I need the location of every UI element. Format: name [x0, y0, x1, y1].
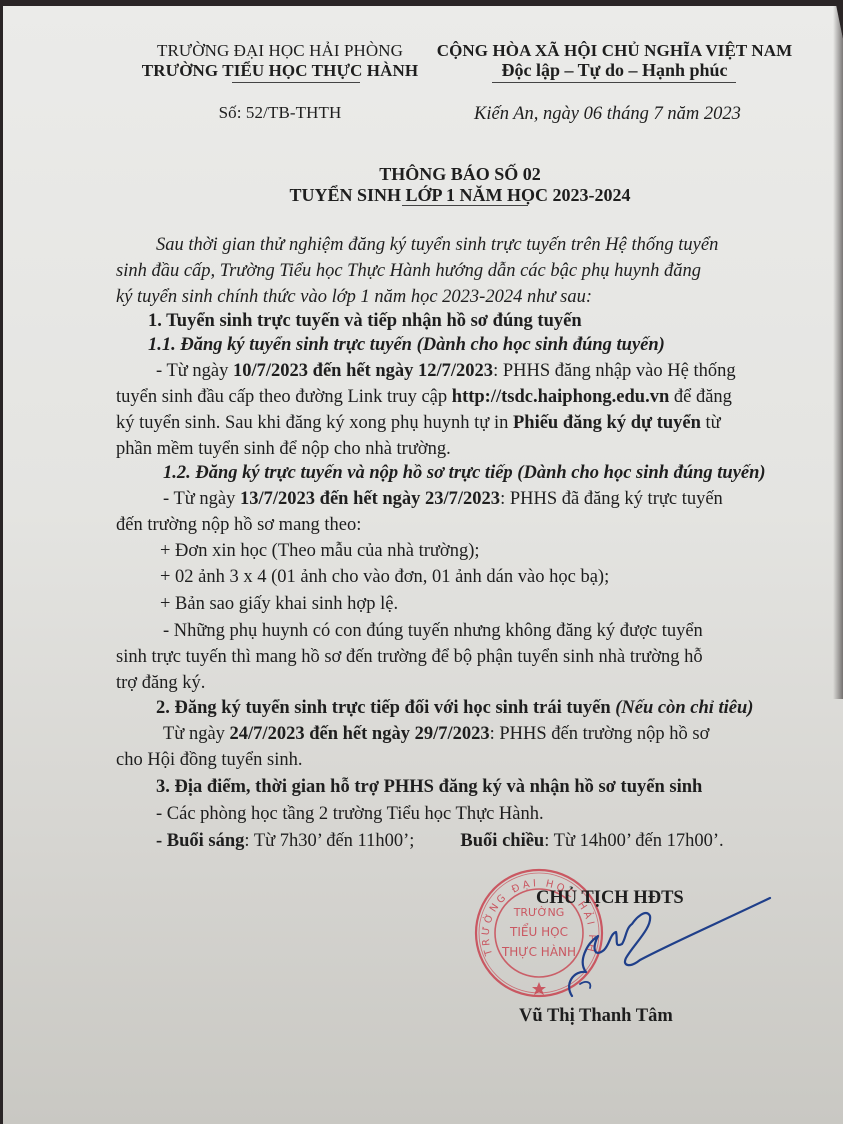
section-3-heading: 3. Địa điểm, thời gian hỗ trợ PHHS đăng … — [156, 777, 702, 798]
note-line-1: - Những phụ huynh có con đúng tuyến nhưn… — [163, 621, 703, 642]
section-1-1-line-1: - Từ ngày 10/7/2023 đến hết ngày 12/7/20… — [156, 361, 736, 382]
nation-title: CỘNG HÒA XÃ HỘI CHỦ NGHĨA VIỆT NAM — [432, 41, 797, 61]
section-1-2-line-1: - Từ ngày 13/7/2023 đến hết ngày 23/7/20… — [163, 489, 723, 510]
handwritten-signature-icon — [560, 888, 775, 1008]
section-1-2-heading: 1.2. Đăng ký trực tuyến và nộp hồ sơ trự… — [163, 463, 766, 484]
section-1-2-line-2: đến trường nộp hồ sơ mang theo: — [116, 515, 361, 536]
section-1-1-line-2: tuyển sinh đầu cấp theo đường Link truy … — [116, 387, 732, 408]
morning-label: - Buổi sáng — [156, 831, 244, 851]
section-2-line-2: cho Hội đồng tuyển sinh. — [116, 750, 303, 771]
document-number: Số: 52/TB-THTH — [130, 103, 430, 123]
afternoon-label: Buổi chiều — [460, 831, 544, 851]
hours-line: - Buổi sáng: Từ 7h30’ đến 11h00’;Buổi ch… — [156, 831, 724, 852]
location-line: - Các phòng học tầng 2 trường Tiểu học T… — [156, 804, 544, 825]
required-item: + 02 ảnh 3 x 4 (01 ảnh cho vào đơn, 01 ả… — [160, 567, 609, 588]
school-name: TRƯỜNG TIỂU HỌC THỰC HÀNH — [130, 61, 430, 81]
signer-name: Vũ Thị Thanh Tâm — [519, 1006, 673, 1027]
parent-organization: TRƯỜNG ĐẠI HỌC HẢI PHÒNG — [130, 41, 430, 61]
direct-submission-dates: 13/7/2023 đến hết ngày 23/7/2023 — [240, 489, 500, 509]
note-line-3: trợ đăng ký. — [116, 673, 205, 694]
notice-subtitle: TUYỂN SINH LỚP 1 NĂM HỌC 2023-2024 — [250, 185, 670, 206]
place-date: Kiến An, ngày 06 tháng 7 năm 2023 — [474, 104, 741, 125]
title-underline — [402, 205, 528, 206]
afternoon-time: : Từ 14h00’ đến 17h00’. — [544, 831, 723, 851]
form-name: Phiếu đăng ký dự tuyển — [513, 413, 701, 433]
section-2-heading: 2. Đăng ký tuyển sinh trực tiếp đối với … — [156, 698, 753, 719]
section-1-1-heading: 1.1. Đăng ký tuyển sinh trực tuyến (Dành… — [148, 335, 665, 356]
registration-dates: 10/7/2023 đến hết ngày 12/7/2023 — [233, 361, 493, 381]
intro-line-2: sinh đầu cấp, Trường Tiểu học Thực Hành … — [116, 261, 701, 282]
note-line-2: sinh trực tuyến thì mang hồ sơ đến trườn… — [116, 647, 703, 668]
intro-line-3: ký tuyển sinh chính thức vào lớp 1 năm h… — [116, 287, 592, 308]
section-1-1-line-4: phần mềm tuyển sinh để nộp cho nhà trườn… — [116, 439, 451, 460]
out-of-area-dates: 24/7/2023 đến hết ngày 29/7/2023 — [230, 724, 490, 744]
section-2-line-1: Từ ngày 24/7/2023 đến hết ngày 29/7/2023… — [163, 724, 709, 745]
notice-title: THÔNG BÁO SỐ 02 — [250, 164, 670, 185]
required-item: + Đơn xin học (Theo mẫu của nhà trường); — [160, 541, 480, 562]
registration-link[interactable]: http://tsdc.haiphong.edu.vn — [452, 387, 669, 407]
section-1-1-line-3: ký tuyển sinh. Sau khi đăng ký xong phụ … — [116, 413, 721, 434]
section-2-heading-note: (Nếu còn chỉ tiêu) — [615, 698, 753, 718]
morning-time: : Từ 7h30’ đến 11h00’; — [244, 831, 414, 851]
section-1-heading: 1. Tuyển sinh trực tuyến và tiếp nhận hồ… — [148, 311, 582, 332]
intro-line-1: Sau thời gian thử nghiệm đăng ký tuyển s… — [156, 235, 718, 256]
header-right-underline — [492, 82, 736, 83]
national-motto: Độc lập – Tự do – Hạnh phúc — [432, 60, 797, 81]
header-left-underline — [232, 82, 360, 83]
required-item: + Bản sao giấy khai sinh hợp lệ. — [160, 594, 398, 615]
